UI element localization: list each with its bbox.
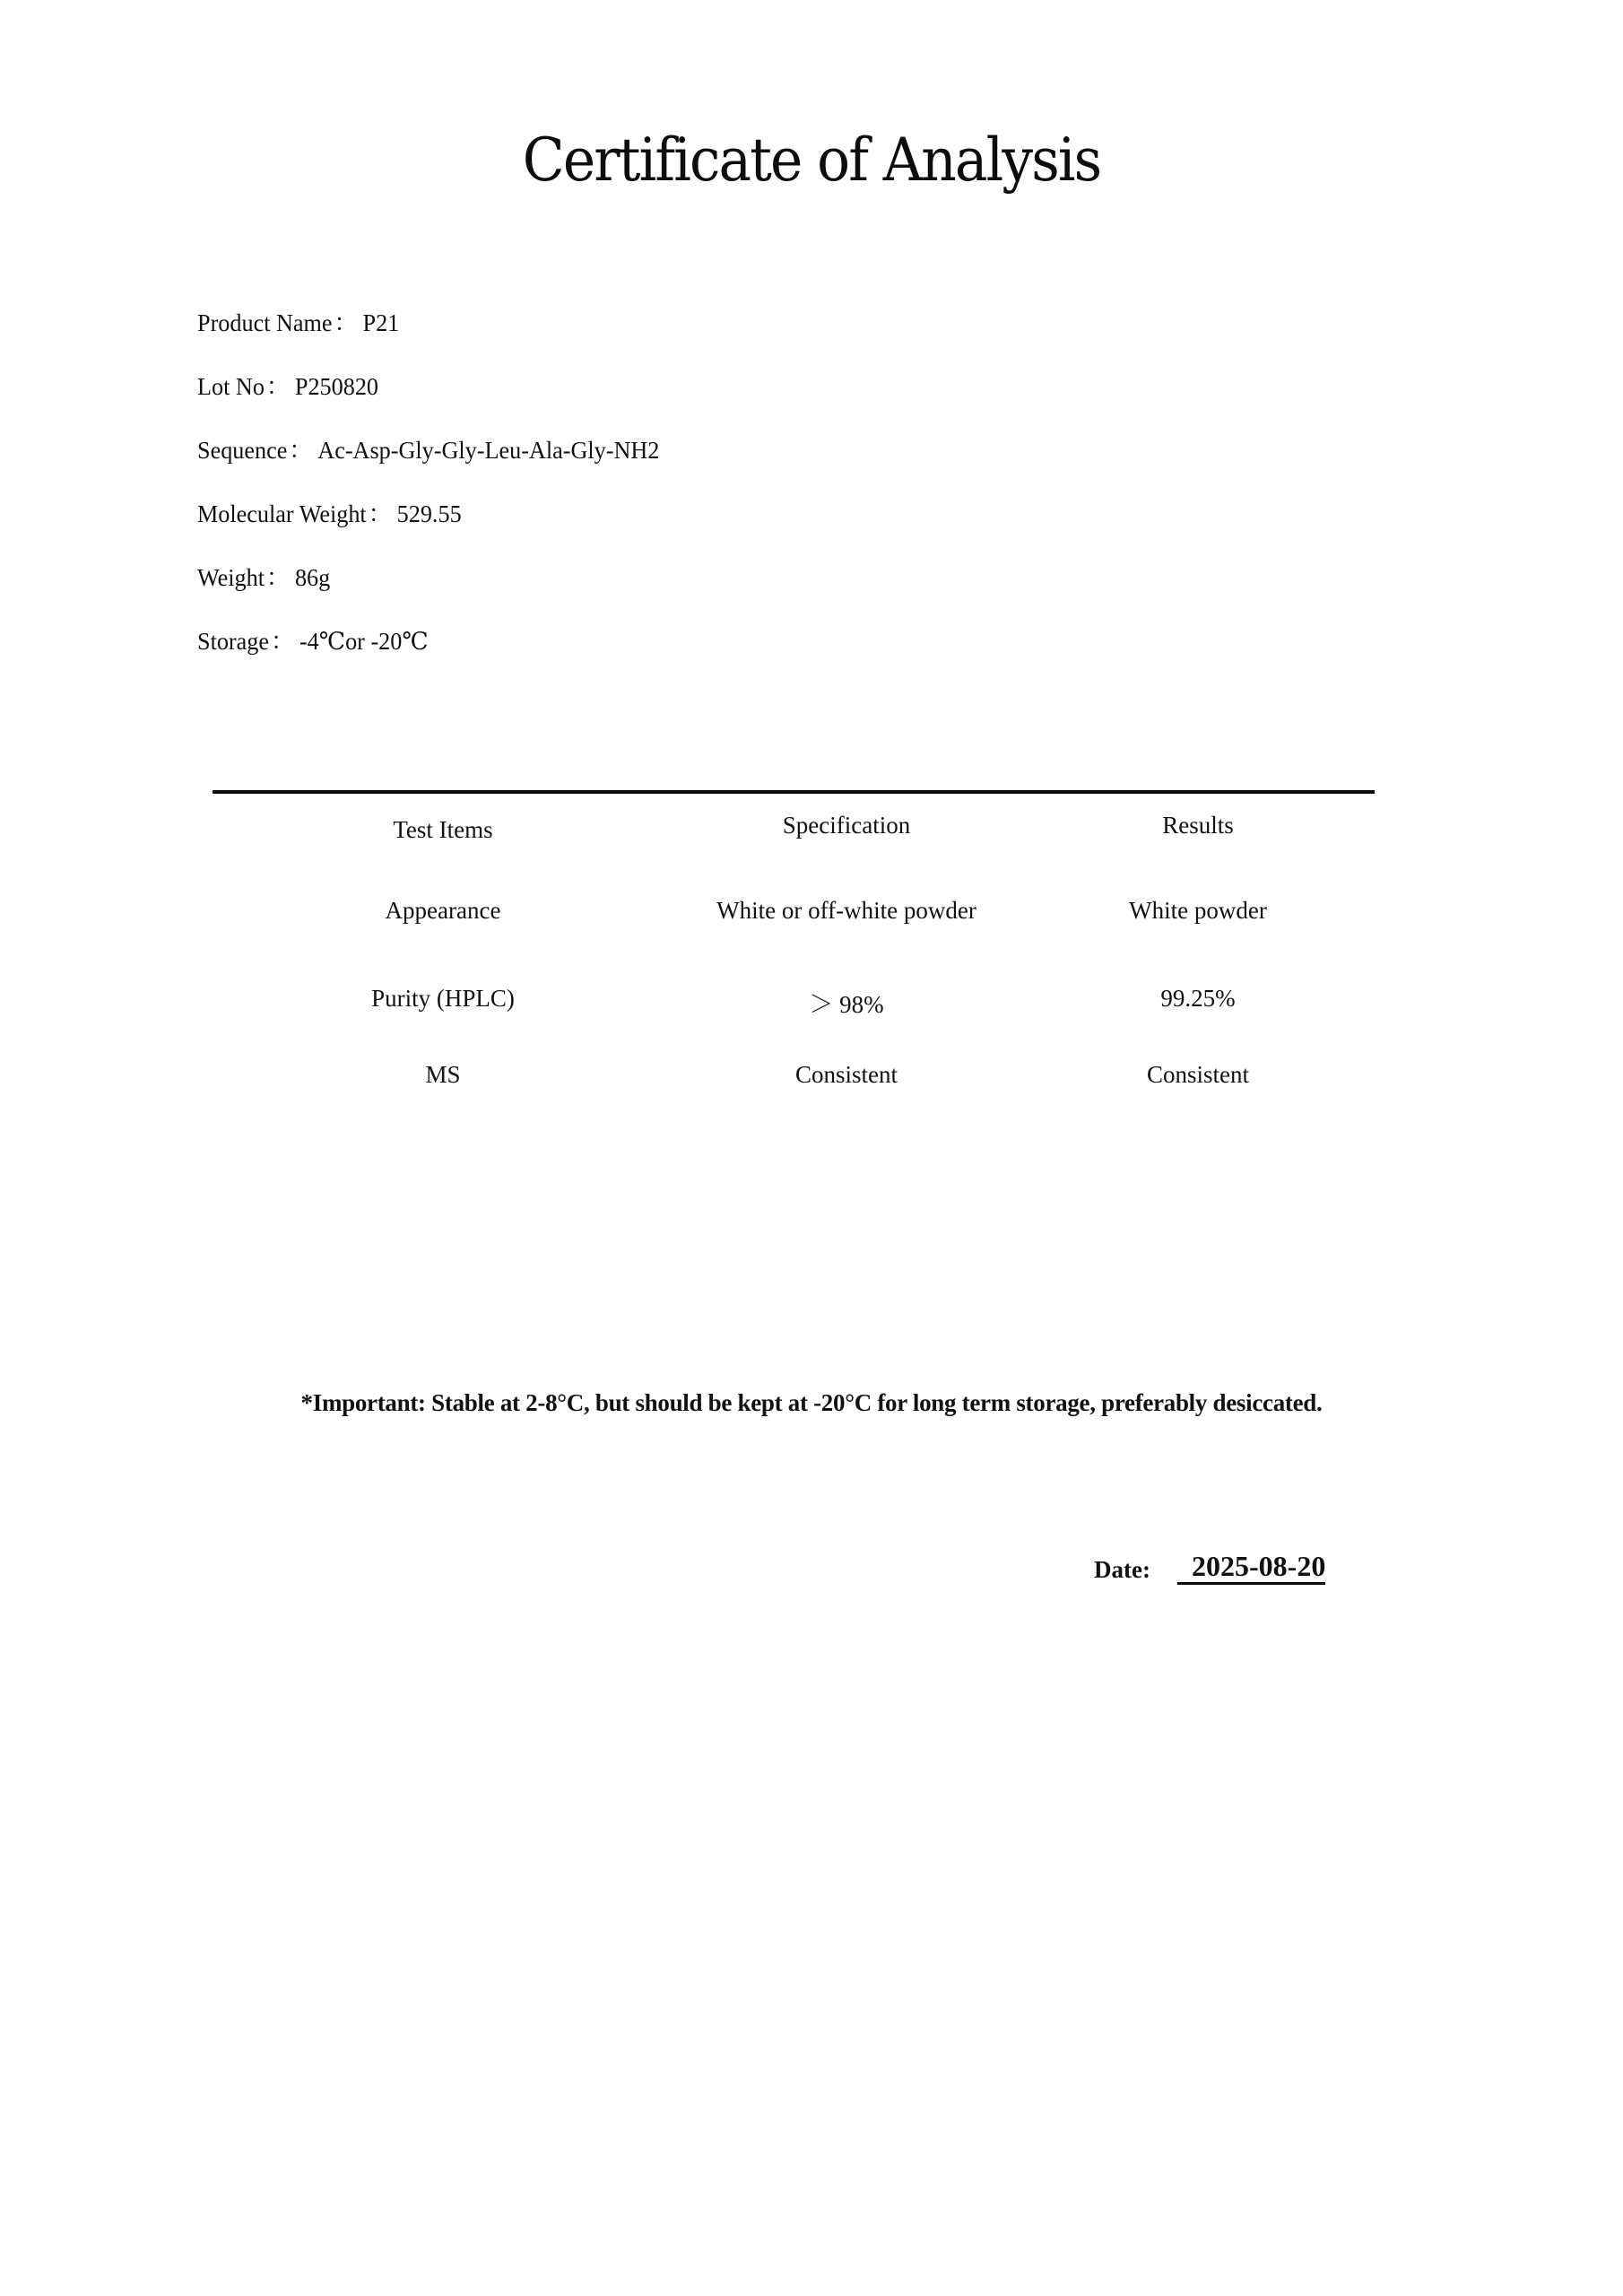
info-label: Lot No: [197, 373, 265, 400]
info-label: Weight: [197, 564, 265, 591]
info-label: Product Name: [197, 309, 333, 336]
info-molecular-weight: Molecular Weight：529.55: [197, 494, 462, 529]
info-label: Molecular Weight: [197, 500, 367, 527]
cell-specification: Consistent: [795, 1061, 898, 1089]
cell-test-item: MS: [425, 1061, 460, 1089]
info-product-name: Product Name：P21: [197, 303, 399, 338]
cell-result: 99.25%: [1160, 985, 1235, 1013]
table-top-rule: [213, 790, 1375, 794]
info-label: Storage: [197, 628, 269, 655]
cell-result: Consistent: [1147, 1061, 1249, 1089]
info-sequence: Sequence：Ac-Asp-Gly-Gly-Leu-Ala-Gly-NH2: [197, 430, 659, 465]
info-separator: ：: [334, 309, 358, 336]
info-value: P250820: [295, 373, 378, 400]
cell-specification: White or off-white powder: [716, 897, 976, 925]
document-title: Certificate of Analysis: [56, 126, 1566, 195]
info-separator: ：: [271, 628, 294, 655]
date-value: 2025-08-20: [1177, 1550, 1325, 1585]
info-weight: Weight：86g: [197, 558, 330, 593]
storage-note: *Important: Stable at 2-8°C, but should …: [0, 1389, 1623, 1417]
info-lot-no: Lot No：P250820: [197, 367, 378, 402]
header-test-items: Test Items: [393, 816, 492, 844]
info-value: P21: [363, 309, 400, 336]
cell-test-item: Purity (HPLC): [371, 985, 515, 1013]
info-value: -4℃or -20℃: [299, 628, 429, 655]
info-label: Sequence: [197, 437, 287, 464]
cell-test-item: Appearance: [386, 897, 501, 925]
header-results: Results: [1162, 812, 1234, 839]
cell-result: White powder: [1129, 897, 1267, 925]
info-separator: ：: [369, 500, 392, 527]
info-separator: ：: [266, 564, 290, 591]
info-value: 529.55: [397, 500, 462, 527]
info-value: Ac-Asp-Gly-Gly-Leu-Ala-Gly-NH2: [317, 437, 659, 464]
info-value: 86g: [295, 564, 330, 591]
info-storage: Storage：-4℃or -20℃: [197, 622, 429, 657]
info-separator: ：: [266, 373, 290, 400]
date-label: Date:: [1094, 1556, 1150, 1584]
cell-specification: ＞ 98%: [809, 985, 883, 1020]
header-specification: Specification: [783, 812, 910, 839]
info-separator: ：: [289, 437, 312, 464]
